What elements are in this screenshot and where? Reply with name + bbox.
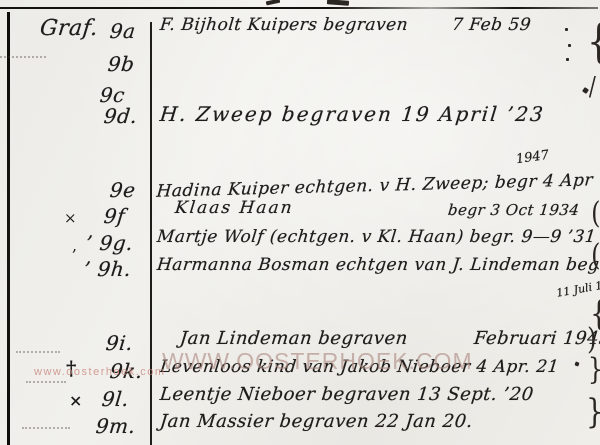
cutoff-stroke	[327, 0, 349, 6]
edge-brace-artifact: }	[586, 392, 600, 432]
grave-number-9i: 9i.	[105, 331, 135, 355]
top-rule-line	[0, 7, 598, 9]
faint-dotted-line	[16, 351, 60, 353]
entry-9a-text: F. Bijholt Kuipers begraven	[159, 15, 409, 35]
faint-dotted-line	[0, 56, 46, 58]
entry-9f-date: begr 3 Oct 1934	[447, 201, 580, 219]
faint-dotted-line	[22, 427, 70, 429]
entry-9i: Jan Lindeman begraven Februari 1943	[179, 328, 600, 349]
grave-number-9l: 9l.	[101, 387, 131, 411]
register-page-scan: Graf. 9a 9b 9c 9d. 9e 9f ’ 9g. ’ 9h. 9i.…	[0, 0, 600, 445]
watermark-small: www.oosterhoek.com	[34, 366, 166, 378]
grave-number-9h: ’ 9h.	[83, 257, 133, 281]
faint-dotted-line	[26, 381, 66, 383]
column-header-graf: Graf.	[39, 16, 100, 41]
edge-brace-artifact: }	[588, 352, 600, 387]
ink-dot	[565, 28, 568, 31]
entry-9d: H. Zweep begraven 19 April ’23	[159, 102, 546, 126]
entry-9e-year: 1947	[515, 148, 550, 167]
left-border-line	[7, 12, 10, 445]
grave-number-9f: 9f	[103, 204, 127, 228]
grave-number-9d: 9d.	[103, 104, 139, 128]
grave-number-9m: 9m.	[95, 414, 137, 438]
ink-dot	[568, 44, 571, 47]
entry-9i-text: Jan Lindeman begraven	[179, 328, 409, 349]
entry-9l: Leentje Nieboer begraven 13 Sept. ’20	[159, 384, 535, 405]
edge-stroke-artifact: /	[589, 72, 596, 102]
entry-9f: Klaas Haan	[174, 198, 295, 218]
edge-brace-artifact: {	[587, 14, 600, 68]
margin-cross-9f: ×	[64, 209, 77, 227]
grave-number-9e: 9e	[109, 178, 137, 202]
entry-9h: Harmanna Bosman echtgen van J. Lindeman …	[156, 255, 600, 275]
entry-9i-date: Februari 1943	[473, 328, 600, 349]
entry-9a: F. Bijholt Kuipers begraven 7 Feb 59	[159, 15, 532, 35]
column-separator-line	[150, 22, 152, 445]
cutoff-stroke	[266, 0, 281, 5]
entry-9a-date: 7 Feb 59	[451, 15, 532, 35]
edge-brace-artifact: (	[591, 196, 600, 231]
margin-cross-9l: ×	[69, 391, 82, 410]
entry-9g: Martje Wolf (echtgen. v Kl. Haan) begr. …	[156, 227, 597, 247]
margin-dot-9g: ,	[72, 236, 77, 255]
edge-brace-artifact: (	[591, 238, 600, 273]
ink-dot	[566, 58, 569, 61]
grave-number-9b: 9b	[107, 52, 136, 76]
grave-number-9a: 9a	[109, 19, 137, 43]
ink-dot	[574, 361, 579, 366]
grave-number-9g: ’ 9g.	[85, 231, 135, 255]
entry-9e: Hadina Kuiper echtgen. v H. Zweep; begr …	[156, 170, 594, 201]
entry-9m: Jan Massier begraven 22 Jan 20.	[159, 411, 474, 432]
watermark-large: WWW.OOSTERHOEK.COM	[162, 348, 473, 375]
